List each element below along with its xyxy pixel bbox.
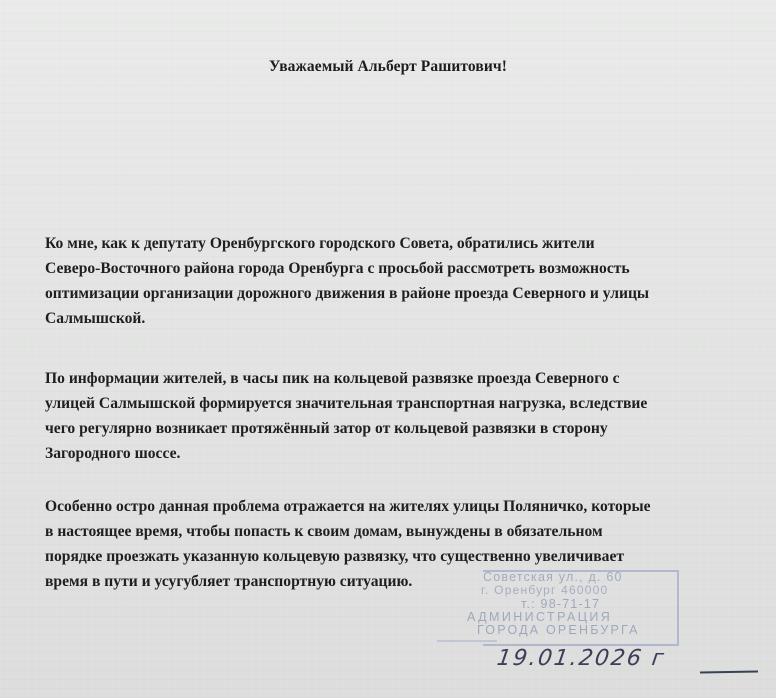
stamp-address: Советская ул., д. 60 — [483, 570, 623, 584]
handwritten-dash — [700, 670, 758, 673]
stamp-org-line-2: ГОРОДА ОРЕНБУРГА — [477, 623, 640, 637]
paragraph-line: в настоящее время, чтобы попасть к своим… — [45, 519, 775, 544]
paragraph-line: По информации жителей, в часы пик на кол… — [45, 366, 775, 391]
salutation: Уважаемый Альберт Рашитович! — [0, 58, 776, 76]
paragraph-line: Салмышской. — [45, 306, 775, 331]
handwritten-date-value: 19.01.2026 — [495, 646, 644, 671]
paragraph-1: Ко мне, как к депутату Оренбургского гор… — [45, 231, 775, 331]
handwritten-date: 19.01.2026 г — [495, 646, 667, 671]
paragraph-line: улицей Салмышской формируется значительн… — [45, 391, 775, 416]
scanned-letter-page: Уважаемый Альберт Рашитович! Ко мне, как… — [0, 0, 776, 698]
stamp-phone: т.: 98-71-17 — [521, 597, 600, 611]
stamp-frame-fragment — [437, 640, 497, 642]
registration-stamp: Советская ул., д. 60 г. Оренбург 460000 … — [437, 570, 679, 642]
paragraph-line: Особенно остро данная проблема отражаетс… — [45, 494, 775, 519]
paragraph-line: оптимизации организации дорожного движен… — [45, 281, 775, 306]
stamp-org-line-1: АДМИНИСТРАЦИЯ — [467, 610, 612, 624]
paragraph-line: Северо-Восточного района города Оренбург… — [45, 256, 775, 281]
paragraph-line: Загородного шоссе. — [45, 441, 775, 466]
paragraph-line: Ко мне, как к депутату Оренбургского гор… — [45, 231, 775, 256]
paragraph-line: порядке проезжать указанную кольцевую ра… — [45, 544, 775, 569]
stamp-city-postcode: г. Оренбург 460000 — [481, 583, 608, 597]
paragraph-2: По информации жителей, в часы пик на кол… — [45, 366, 775, 466]
handwritten-date-suffix: г — [650, 646, 667, 671]
paragraph-line: чего регулярно возникает протяжённый зат… — [45, 416, 775, 441]
